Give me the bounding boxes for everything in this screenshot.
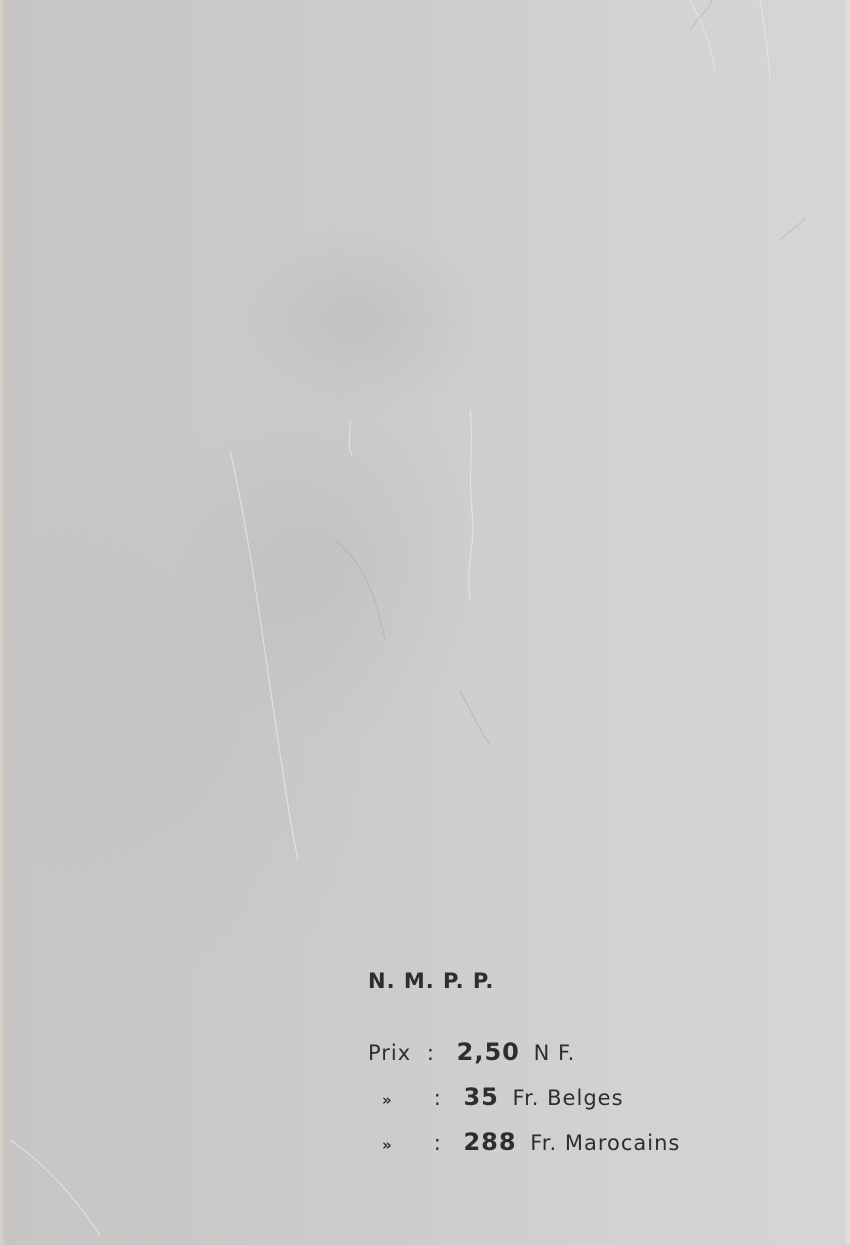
price-line-morocco: » : 288 Fr. Marocains bbox=[368, 1120, 680, 1165]
ditto-mark: » bbox=[368, 1123, 418, 1168]
ditto-mark: » bbox=[368, 1078, 418, 1123]
cover-right-edge bbox=[842, 0, 850, 1245]
price-currency: N F. bbox=[534, 1031, 576, 1076]
price-separator: : bbox=[434, 1076, 442, 1121]
price-label: Prix bbox=[368, 1031, 411, 1076]
price-separator: : bbox=[427, 1031, 435, 1076]
price-amount: 288 bbox=[463, 1128, 516, 1156]
price-separator: : bbox=[434, 1121, 442, 1166]
cover-left-edge bbox=[0, 0, 6, 1245]
price-amount: 35 bbox=[463, 1083, 498, 1111]
price-block: N. M. P. P. Prix : 2,50 N F. » : 35 Fr. … bbox=[368, 966, 680, 1165]
price-line-belgium: » : 35 Fr. Belges bbox=[368, 1075, 680, 1120]
publisher-name: N. M. P. P. bbox=[368, 966, 680, 996]
price-currency: Fr. Marocains bbox=[530, 1121, 680, 1166]
back-cover: N. M. P. P. Prix : 2,50 N F. » : 35 Fr. … bbox=[0, 0, 850, 1245]
price-line-france: Prix : 2,50 N F. bbox=[368, 1030, 680, 1075]
price-amount: 2,50 bbox=[457, 1038, 520, 1066]
price-currency: Fr. Belges bbox=[513, 1076, 624, 1121]
